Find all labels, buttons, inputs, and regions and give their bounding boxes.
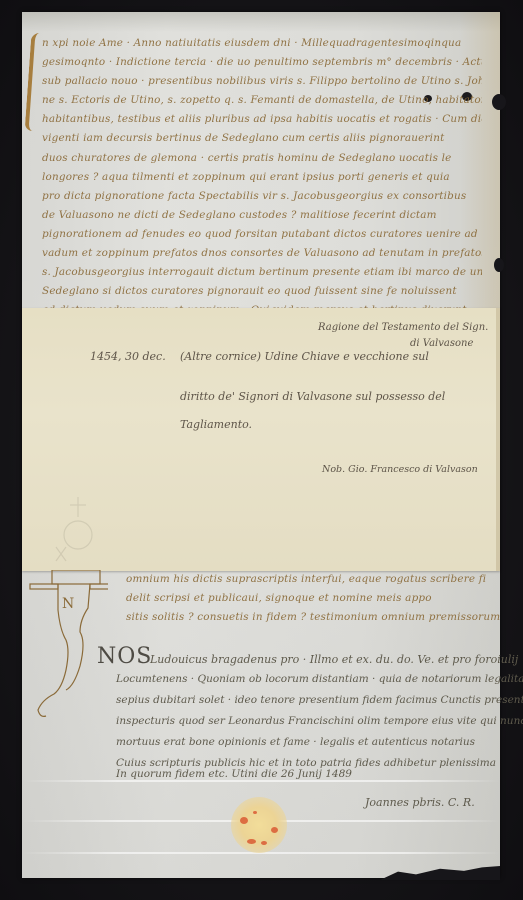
- text-line: sub pallacio nouo · presentibus nobilibu…: [42, 72, 482, 91]
- text-line: s. Jacobusgeorgius interrogauit dictum b…: [42, 263, 482, 282]
- notary-closing-text: omnium his dictis suprascriptis interfui…: [126, 570, 500, 627]
- text-line: delit scripsi et publicaui, signoque et …: [126, 589, 500, 608]
- parchment-top-shadow: [22, 12, 500, 32]
- text-line: de Valuasono ne dicti de Sedeglano custo…: [42, 206, 482, 225]
- chancellor-signature: Joannes pbris. C. R.: [365, 796, 475, 809]
- authentication-line: inspecturis quod ser Leonardus Francisch…: [116, 712, 523, 731]
- authentication-opening: NOS: [97, 644, 152, 669]
- text-line: Sedeglano si dictos curatores pignorauit…: [42, 282, 482, 301]
- edge-notch: [492, 94, 506, 110]
- authentication-line: Ludouicus bragadenus pro · Illmo et ex. …: [150, 650, 518, 669]
- text-line: longores ? aqua tilmenti et zoppinum qui…: [42, 168, 482, 187]
- edge-notch: [494, 258, 504, 272]
- text-line: n xpi noie Ame · Anno natiuitatis eiusde…: [42, 34, 482, 53]
- note-heading: Ragione del Testamento del Sign.: [318, 322, 488, 333]
- text-line: omnium his dictis suprascriptis interfui…: [126, 570, 500, 589]
- notary-signum-icon: N: [28, 570, 108, 720]
- note-signature: Nob. Gio. Francesco di Valvason: [322, 464, 478, 475]
- authentication-line: mortuus erat bone opinionis et fame · le…: [116, 733, 475, 752]
- note-edge: [496, 308, 500, 571]
- note-line: Tagliamento.: [180, 418, 252, 431]
- authentication-date-line: In quorum fidem etc. Utini die 26 Junij …: [116, 765, 352, 784]
- text-line: sitis solitis ? consuetis in fidem ? tes…: [126, 608, 500, 627]
- note-line: (Altre cornice) Udine Chiave e vecchione…: [180, 350, 429, 363]
- authentication-line: Locumtenens · Quoniam ob locorum distant…: [116, 670, 523, 689]
- svg-text:N: N: [62, 596, 74, 612]
- text-line: habitantibus, testibus et aliis pluribus…: [42, 110, 482, 129]
- text-line: gesimoqnto · Indictione tercia · die uo …: [42, 53, 482, 72]
- text-line: vigenti iam decursis bertinus de Sedegla…: [42, 129, 482, 148]
- note-date: 1454, 30 dec.: [90, 350, 166, 363]
- watermark-icon: [48, 495, 108, 565]
- text-line: pignorationem ad fenudes eo quod forsita…: [42, 225, 482, 244]
- text-line: pro dicta pignoratione facta Spectabilis…: [42, 187, 482, 206]
- text-line: vadum et zoppinum prefatos dnos consorte…: [42, 244, 482, 263]
- authentication-line: sepius dubitari solet · ideo tenore pres…: [116, 691, 523, 710]
- text-line: duos churatores de glemona · certis prat…: [42, 149, 482, 168]
- note-line: diritto de' Signori di Valvasone sul pos…: [180, 390, 445, 403]
- wax-seal-icon: [231, 797, 287, 853]
- text-line: ne s. Ectoris de Utino, s. zopetto q. s.…: [42, 91, 482, 110]
- note-heading-2: di Valvasone: [410, 338, 473, 349]
